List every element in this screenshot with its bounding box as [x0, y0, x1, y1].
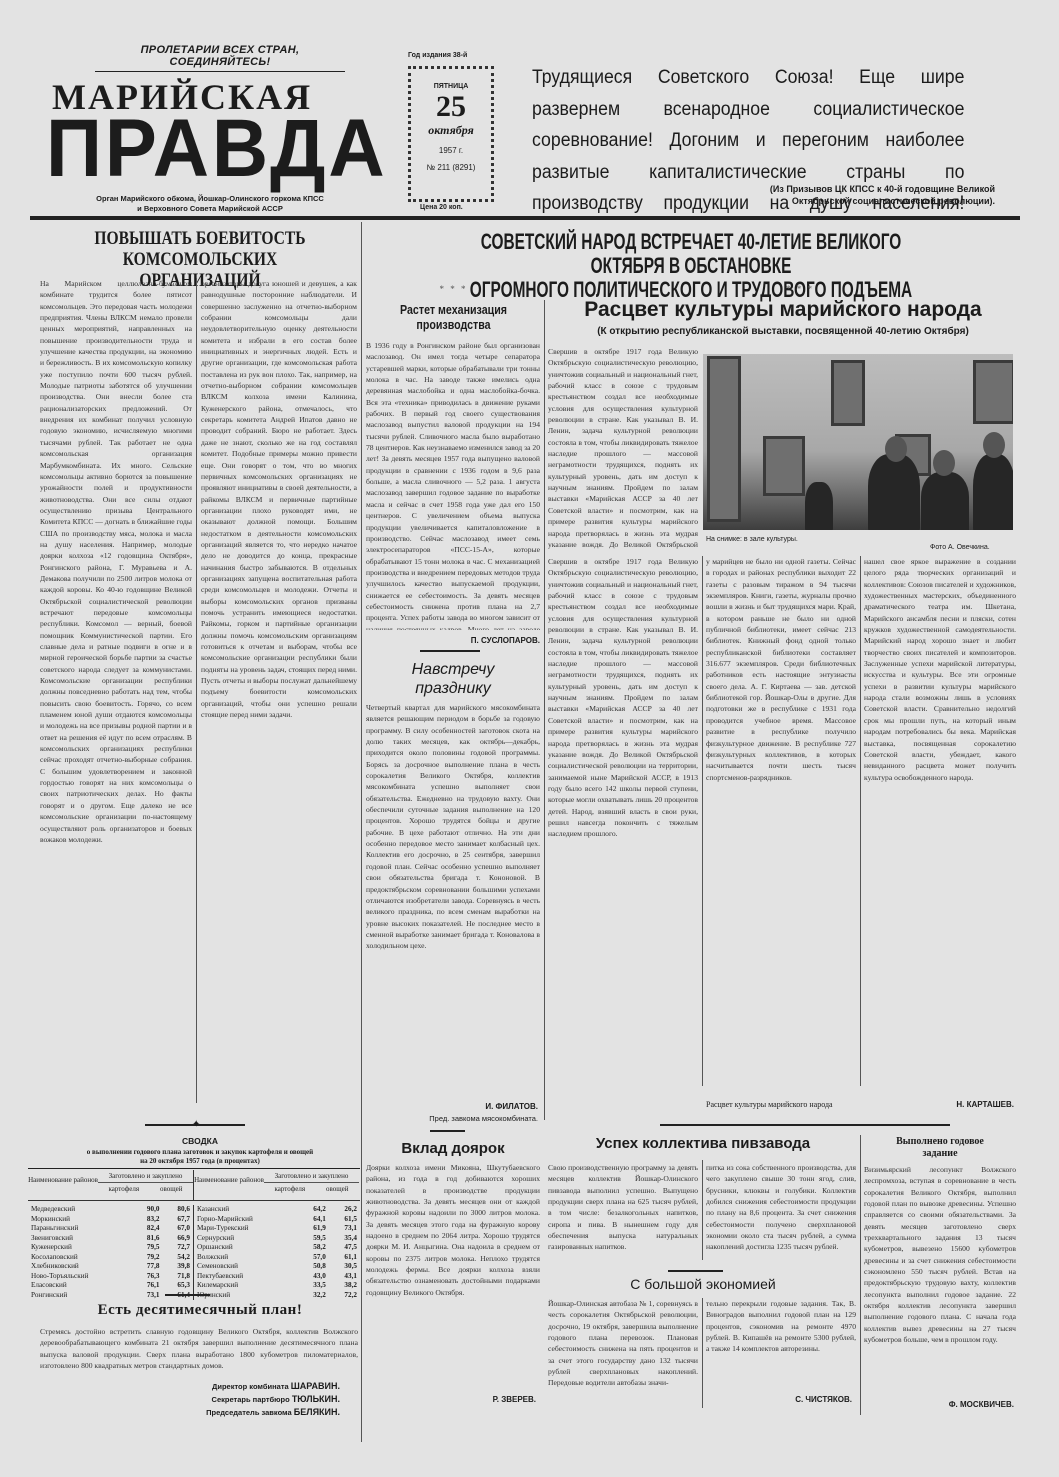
- masthead-title-line2: ПРАВДА: [46, 112, 387, 186]
- potato-value: 59,5: [298, 1234, 329, 1244]
- table-row: Куженерский79,572,7: [28, 1243, 193, 1253]
- culture-author: Н. КАРТАШЕВ.: [864, 1100, 1014, 1109]
- svodka-subtitle: о выполнении годового плана заготовок и …: [40, 1148, 360, 1166]
- potato-value: 33,5: [298, 1281, 329, 1291]
- district-name: Медведевский: [28, 1205, 132, 1215]
- editorial-col2: организаторы досуга юношей и девушек, а …: [201, 278, 357, 1103]
- mechanization-title-line1: Растет механизация: [382, 302, 526, 317]
- header-group: Заготовлено и закуплено картофеля овощей: [264, 1170, 359, 1200]
- svodka-subtitle-line2: на 20 октября 1957 года (в процентах): [40, 1157, 360, 1166]
- header-veg: овощей: [326, 1185, 349, 1193]
- column-divider: [196, 278, 197, 1103]
- culture-subtitle: (К открытию республиканской выставки, по…: [548, 326, 1018, 337]
- photo-wall-frame: [763, 436, 805, 496]
- potato-value: 77,8: [132, 1262, 162, 1272]
- district-name: Ново-Торъяльский: [28, 1272, 132, 1282]
- annual-task-author: Ф. МОСКВИЧЕВ.: [864, 1400, 1014, 1409]
- veg-value: 66,9: [163, 1234, 194, 1244]
- culture-col2: у марийцев не было ни одной газеты. Сейч…: [706, 556, 856, 1066]
- potato-value: 32,2: [298, 1291, 329, 1301]
- mechanization-title-line2: производства: [382, 317, 526, 332]
- column-divider: [544, 300, 545, 1120]
- organ-line2: и Верховного Совета Марийской АССР: [80, 204, 340, 214]
- sig1-title: Директор комбината: [212, 1382, 289, 1391]
- issue-number: № 211 (8291): [411, 163, 491, 172]
- holiday-title-line1: Навстречу: [366, 660, 540, 679]
- svodka-subtitle-line1: о выполнении годового плана заготовок и …: [40, 1148, 360, 1157]
- table-row: Пектубаевский43,043,1: [194, 1272, 360, 1282]
- sig3-name: БЕЛЯКИН.: [294, 1407, 340, 1417]
- annual-task-title-line1: Выполнено годовое: [864, 1136, 1016, 1148]
- table-row: Параньгинский82,467,0: [28, 1224, 193, 1234]
- holiday-title-line2: празднику: [366, 679, 540, 698]
- veg-value: 61,1: [329, 1253, 360, 1263]
- photo-caption: На снимке: в зале культуры.: [706, 536, 798, 543]
- photo-person: [868, 454, 920, 530]
- potato-value: 50,8: [298, 1262, 329, 1272]
- culture-bottom-caption: Расцвет культуры марийского народа: [706, 1100, 833, 1109]
- veg-value: 35,4: [329, 1234, 360, 1244]
- photo-person-head: [885, 436, 907, 462]
- district-name: Косолаповский: [28, 1253, 132, 1263]
- ten-month-body: Стремясь достойно встретить славную годо…: [40, 1326, 358, 1374]
- culture-col3: нашел свое яркое выражение в создании це…: [864, 556, 1016, 1066]
- brewery-col1: Свою производственную программу за девят…: [548, 1162, 698, 1258]
- divider: [430, 1130, 465, 1132]
- potato-value: 43,0: [298, 1272, 329, 1282]
- potato-value: 61,9: [298, 1224, 329, 1234]
- stars-ornament: * * *: [700, 284, 900, 294]
- potato-value: 57,0: [298, 1253, 329, 1263]
- potato-value: 76,1: [132, 1281, 162, 1291]
- veg-value: 61,5: [329, 1215, 360, 1225]
- column-divider: [702, 1160, 703, 1260]
- table-row: Мари-Турекский61,973,1: [194, 1224, 360, 1234]
- sig1-name: ШАРАВИН.: [291, 1381, 340, 1391]
- editorial-title-line1: ПОВЫШАТЬ БОЕВИТОСТЬ: [69, 228, 331, 249]
- mechanization-body: В 1936 году в Ронгинском районе был орга…: [366, 340, 540, 630]
- potato-value: 82,4: [132, 1224, 162, 1234]
- divider: [660, 1124, 950, 1126]
- potato-value: 73,1: [132, 1291, 162, 1301]
- divider: [165, 1294, 210, 1296]
- economy-col1: Йошкар-Олинская автобаза № 1, соревнуясь…: [548, 1298, 698, 1408]
- table-row: Юринский32,272,2: [194, 1291, 360, 1301]
- svodka-table: Наименование районов Заготовлено и закуп…: [28, 1170, 360, 1300]
- district-name: Волжский: [194, 1253, 298, 1263]
- mechanization-author: П. СУСЛОПАРОВ.: [366, 636, 540, 645]
- veg-value: 26,2: [329, 1205, 360, 1215]
- photo-person-head: [983, 432, 1005, 458]
- veg-value: 38,2: [329, 1281, 360, 1291]
- veg-value: 72,2: [329, 1291, 360, 1301]
- district-name: Оршанский: [194, 1243, 298, 1253]
- ornament-icon: ✦: [192, 1119, 200, 1130]
- veg-value: 67,0: [163, 1224, 194, 1234]
- economy-author: С. ЧИСТЯКОВ.: [706, 1395, 852, 1404]
- district-name: Горно-Марийский: [194, 1215, 298, 1225]
- milkmaids-title: Вклад доярок: [366, 1140, 540, 1157]
- editorial-col1: На Марийском целлюлозно-бумажном комбина…: [40, 278, 192, 1103]
- date-box: ПЯТНИЦА 25 октября 1957 г. № 211 (8291): [408, 66, 494, 202]
- veg-value: 47,5: [329, 1243, 360, 1253]
- potato-value: 58,2: [298, 1243, 329, 1253]
- economy-col2: тельно перекрыли годовые задания. Так, В…: [706, 1298, 856, 1394]
- photo-credit: Фото А. Овечкина.: [930, 544, 990, 551]
- column-divider: [860, 1135, 861, 1415]
- table-row: Ново-Торъяльский76,371,8: [28, 1272, 193, 1282]
- veg-value: 65,3: [163, 1281, 194, 1291]
- table-row: Звениговский81,666,9: [28, 1234, 193, 1244]
- photo-wall-frame: [831, 360, 865, 426]
- photo-person-head: [933, 450, 955, 476]
- sig2-name: ТЮЛЬКИН.: [292, 1394, 340, 1404]
- brewery-title: Успех коллектива пивзавода: [548, 1135, 858, 1152]
- column-divider: [702, 556, 703, 1086]
- svodka-body: Медведевский90,080,6 Моркинский83,267,7 …: [28, 1205, 360, 1300]
- table-row: Семеновский50,830,5: [194, 1262, 360, 1272]
- potato-value: 79,5: [132, 1243, 162, 1253]
- district-name: Килемарский: [194, 1281, 298, 1291]
- holiday-author: И. ФИЛАТОВ.: [366, 1102, 538, 1111]
- district-name: Пектубаевский: [194, 1272, 298, 1282]
- potato-value: 83,2: [132, 1215, 162, 1225]
- mechanization-title: Растет механизация производства: [366, 302, 541, 332]
- table-row: Медведевский90,080,6: [28, 1205, 193, 1215]
- svodka-header: Наименование районов Заготовлено и закуп…: [28, 1170, 360, 1201]
- header-name: Наименование районов: [28, 1170, 98, 1200]
- district-name: Казанский: [194, 1205, 298, 1215]
- svodka-table-right: Казанский64,226,2 Горно-Марийский64,161,…: [194, 1205, 360, 1300]
- holiday-title: Навстречу празднику: [366, 660, 540, 698]
- annual-task-title-line2: задание: [864, 1148, 1016, 1160]
- photo-person: [973, 454, 1013, 530]
- masthead-motto: ПРОЛЕТАРИИ ВСЕХ СТРАН, СОЕДИНЯЙТЕСЬ!: [95, 44, 345, 72]
- table-row: Сернурский59,535,4: [194, 1234, 360, 1244]
- economy-title: С большой экономией: [548, 1276, 858, 1292]
- veg-value: 80,6: [163, 1205, 194, 1215]
- banner-line1: СОВЕТСКИЙ НАРОД ВСТРЕЧАЕТ 40-ЛЕТИЕ ВЕЛИК…: [464, 230, 919, 278]
- veg-value: 73,1: [329, 1224, 360, 1234]
- table-row: Горно-Марийский64,161,5: [194, 1215, 360, 1225]
- header-group-label: Заготовлено и закуплено: [98, 1170, 193, 1183]
- veg-value: 30,5: [329, 1262, 360, 1272]
- header-potato: картофеля: [108, 1185, 139, 1193]
- table-row: Оршанский58,247,5: [194, 1243, 360, 1253]
- culture-col1-cont: Свершив в октябре 1917 года Великую Октя…: [548, 556, 698, 1056]
- year-of-issue: Год издания 38-й: [408, 52, 467, 59]
- culture-col1: Свершив в октябре 1917 года Великую Октя…: [548, 346, 698, 552]
- header-potato: картофеля: [274, 1185, 305, 1193]
- svodka-table-left: Медведевский90,080,6 Моркинский83,267,7 …: [28, 1205, 193, 1300]
- masthead-organ: Орган Марийского обкома, Йошкар-Олинског…: [80, 194, 340, 214]
- photo-wall-frame: [973, 360, 1013, 424]
- exhibition-photo: [703, 354, 1013, 530]
- district-name: Сернурский: [194, 1234, 298, 1244]
- header-name: Наименование районов: [194, 1170, 264, 1200]
- district-name: Хлебниковский: [28, 1262, 132, 1272]
- header-group-label: Заготовлено и закуплено: [264, 1170, 359, 1183]
- month: октября: [411, 123, 491, 138]
- district-name: Параньгинский: [28, 1224, 132, 1234]
- slogan-source-line1: (Из Призывов ЦК КПСС к 40-й годовщине Ве…: [720, 184, 995, 196]
- milkmaids-author: Р. ЗВЕРЕВ.: [366, 1395, 536, 1404]
- ten-month-title: Есть десятимесячный план!: [40, 1302, 360, 1319]
- potato-value: 79,2: [132, 1253, 162, 1263]
- sig3-title: Председатель завкома: [206, 1408, 292, 1417]
- slogan-source: (Из Призывов ЦК КПСС к 40-й годовщине Ве…: [720, 184, 995, 207]
- annual-task-body: Визимьярский лесопункт Волжского леспром…: [864, 1164, 1016, 1390]
- photo-person: [921, 472, 969, 530]
- table-row: Еласовский76,165,3: [28, 1281, 193, 1291]
- veg-value: 67,7: [163, 1215, 194, 1225]
- district-name: Моркинский: [28, 1215, 132, 1225]
- brewery-col2: питка из сока собственного производства,…: [706, 1162, 856, 1258]
- veg-value: 43,1: [329, 1272, 360, 1282]
- table-rule: [28, 1168, 360, 1169]
- photo-bust: [805, 482, 833, 530]
- header-veg: овощей: [160, 1185, 183, 1193]
- masthead-rule: [30, 216, 1020, 220]
- divider: [668, 1270, 723, 1272]
- milkmaids-body: Доярки колхоза имени Микояна, Шкутубаевс…: [366, 1162, 540, 1392]
- table-row: Хлебниковский77,839,8: [28, 1262, 193, 1272]
- district-name: Звениговский: [28, 1234, 132, 1244]
- svodka-title: СВОДКА: [40, 1136, 360, 1146]
- weekday: ПЯТНИЦА: [411, 83, 491, 90]
- potato-value: 64,2: [298, 1205, 329, 1215]
- sig2-title: Секретарь партбюро: [212, 1395, 290, 1404]
- photo-wall-frame: [707, 356, 741, 522]
- column-divider: [361, 222, 362, 1442]
- table-row: Казанский64,226,2: [194, 1205, 360, 1215]
- slogan-source-line2: Октябрьской социалистической революции).: [720, 196, 995, 208]
- culture-title: Расцвет культуры марийского народа: [548, 298, 1018, 322]
- organ-line1: Орган Марийского обкома, Йошкар-Олинског…: [80, 194, 340, 204]
- price: Цена 20 коп.: [420, 204, 463, 211]
- day: 25: [411, 90, 491, 123]
- district-name: Мари-Турекский: [194, 1224, 298, 1234]
- district-name: Еласовский: [28, 1281, 132, 1291]
- potato-value: 76,3: [132, 1272, 162, 1282]
- annual-task-title: Выполнено годовое задание: [864, 1136, 1016, 1160]
- table-row: Волжский57,061,1: [194, 1253, 360, 1263]
- veg-value: 39,8: [163, 1262, 194, 1272]
- potato-value: 64,1: [298, 1215, 329, 1225]
- divider: [420, 650, 480, 652]
- table-row: Килемарский33,538,2: [194, 1281, 360, 1291]
- district-name: Ронгинский: [28, 1291, 132, 1301]
- veg-value: 54,2: [163, 1253, 194, 1263]
- table-row: Косолаповский79,254,2: [28, 1253, 193, 1263]
- potato-value: 81,6: [132, 1234, 162, 1244]
- newspaper-page: ПРОЛЕТАРИИ ВСЕХ СТРАН, СОЕДИНЯЙТЕСЬ! МАР…: [0, 0, 1059, 1477]
- table-row: Моркинский83,267,7: [28, 1215, 193, 1225]
- column-divider: [702, 1298, 703, 1408]
- column-divider: [860, 556, 861, 1086]
- ten-month-signatures: Директор комбината ШАРАВИН. Секретарь па…: [40, 1380, 340, 1419]
- year: 1957 г.: [411, 146, 491, 155]
- stars-ornament: * * *: [366, 284, 541, 294]
- potato-value: 90,0: [132, 1205, 162, 1215]
- header-group: Заготовлено и закуплено картофеля овощей: [98, 1170, 193, 1200]
- district-name: Семеновский: [194, 1262, 298, 1272]
- veg-value: 72,7: [163, 1243, 194, 1253]
- veg-value: 71,8: [163, 1272, 194, 1282]
- district-name: Куженерский: [28, 1243, 132, 1253]
- holiday-author-title: Пред. завкома мясокомбината.: [366, 1114, 538, 1123]
- holiday-body: Четвертый квартал для марийского мясоком…: [366, 702, 540, 1024]
